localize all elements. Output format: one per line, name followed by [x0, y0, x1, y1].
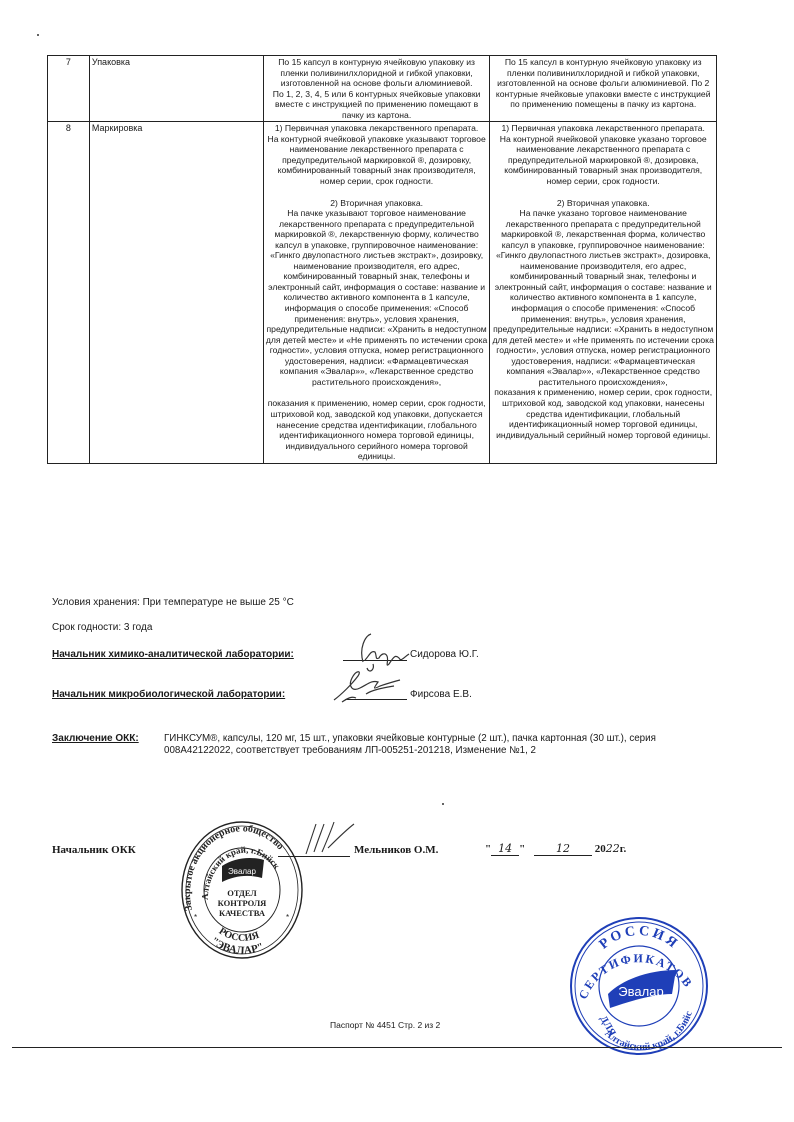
cert-stamp-top: РОССИЯ	[597, 924, 682, 953]
requirement-paragraph: На пачке указывают торговое наименование…	[266, 208, 488, 387]
cert-stamp-brand: Эвалар	[618, 984, 663, 999]
okk-signature	[298, 818, 358, 858]
conclusion-label: Заключение ОКК:	[52, 733, 139, 744]
row-parameter-name: Упаковка	[89, 56, 263, 122]
qc-stamp-brand: Эвалар	[228, 867, 256, 876]
certificates-stamp: РОССИЯ СЕРТИФИКАТОВ Алтайский край, г.Би…	[564, 908, 714, 1058]
requirement-paragraph: 2) Вторичная упаковка.	[266, 198, 488, 209]
scan-speck	[37, 34, 39, 36]
result-paragraph: На контурной ячейковой упаковке указано …	[492, 134, 714, 187]
row-parameter-name: Маркировка	[89, 122, 263, 463]
result-paragraph: 2) Вторичная упаковка.	[492, 198, 714, 209]
row-requirement: 1) Первичная упаковка лекарственного пре…	[263, 122, 490, 463]
row-number: 7	[48, 56, 90, 122]
spec-table: 7УпаковкаПо 15 капсул в контурную ячейко…	[47, 55, 717, 464]
okk-head-name: Мельников О.М.	[354, 844, 438, 856]
result-paragraph: По 15 капсул в контурную ячейковую упако…	[492, 57, 714, 110]
row-result: 1) Первичная упаковка лекарственного пре…	[490, 122, 717, 463]
micro-lab-signature	[322, 666, 412, 706]
passport-page: 7УпаковкаПо 15 капсул в контурную ячейко…	[0, 0, 794, 1122]
requirement-paragraph	[266, 187, 488, 198]
bottom-rule	[12, 1047, 782, 1048]
qc-stamp-line-3: КАЧЕСТВА	[219, 908, 266, 918]
result-paragraph	[492, 187, 714, 198]
scan-speck	[442, 803, 444, 805]
svg-text:РОССИЯ: РОССИЯ	[597, 924, 682, 953]
requirement-paragraph: 1) Первичная упаковка лекарственного пре…	[266, 123, 488, 134]
svg-text:*: *	[286, 913, 289, 922]
qc-stamp-line-1: ОТДЕЛ	[227, 888, 257, 898]
signature-date: "14" 12 2022г.	[485, 842, 626, 856]
table-row: 7УпаковкаПо 15 капсул в контурную ячейко…	[48, 56, 717, 122]
conclusion-text: ГИНКСУМ®, капсулы, 120 мг, 15 шт., упако…	[164, 733, 724, 757]
date-suffix: г.	[620, 843, 627, 855]
okk-head-label: Начальник ОКК	[52, 844, 136, 856]
date-day: 14	[491, 842, 519, 856]
result-paragraph: На пачке указано торговое наименование л…	[492, 208, 714, 387]
date-year-hand: 22	[606, 842, 620, 855]
chem-lab-name: Сидорова Ю.Г.	[410, 649, 479, 660]
result-paragraph: 1) Первичная упаковка лекарственного пре…	[492, 123, 714, 134]
row-number: 8	[48, 122, 90, 463]
page-footer: Паспорт № 4451 Стр. 2 из 2	[330, 1020, 440, 1030]
requirement-paragraph: На контурной ячейковой упаковке указываю…	[266, 134, 488, 187]
qc-department-stamp: Закрытое акционерное общество Алтайский …	[178, 820, 306, 960]
requirement-paragraph: По 15 капсул в контурную ячейковую упако…	[266, 57, 488, 89]
row-result: По 15 капсул в контурную ячейковую упако…	[490, 56, 717, 122]
shelf-life: Срок годности: 3 года	[52, 622, 152, 633]
chem-lab-label: Начальник химико-аналитической лаборатор…	[52, 649, 294, 660]
micro-lab-name: Фирсова Е.В.	[410, 689, 472, 700]
date-month: 12	[534, 842, 592, 856]
micro-lab-label: Начальник микробиологической лаборатории…	[52, 689, 285, 700]
row-requirement: По 15 капсул в контурную ячейковую упако…	[263, 56, 490, 122]
requirement-paragraph: По 1, 2, 3, 4, 5 или 6 контурных ячейков…	[266, 89, 488, 121]
storage-conditions: Условия хранения: При температуре не выш…	[52, 597, 294, 608]
svg-text:*: *	[194, 913, 197, 922]
requirement-paragraph: показания к применению, номер серии, сро…	[266, 398, 488, 461]
requirement-paragraph	[266, 387, 488, 398]
table-row: 8Маркировка1) Первичная упаковка лекарст…	[48, 122, 717, 463]
date-year-prefix: 20	[595, 843, 606, 855]
result-paragraph: показания к применению, номер серии, сро…	[492, 387, 714, 440]
qc-stamp-line-2: КОНТРОЛЯ	[218, 898, 267, 908]
